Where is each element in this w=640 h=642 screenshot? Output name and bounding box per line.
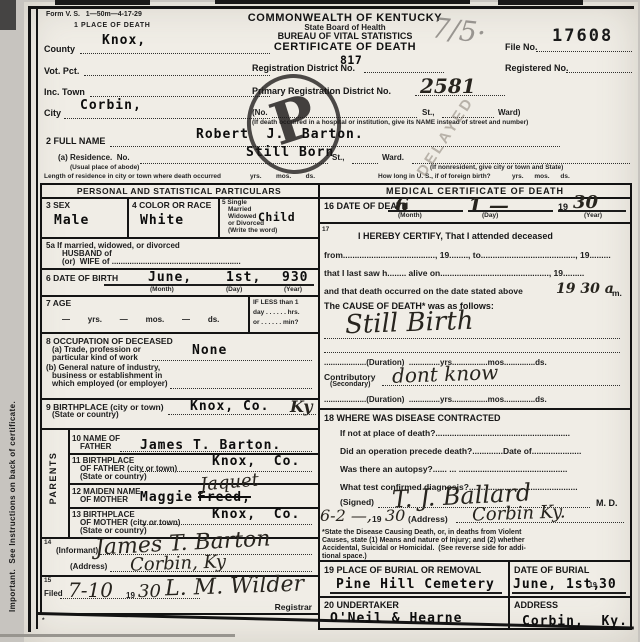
rule-line [319, 596, 630, 598]
length-residence-units: yrs. mos. ds. [250, 173, 315, 180]
marital-option-single: 5 Single [222, 199, 247, 206]
if-less-1: IF LESS than 1 [253, 299, 299, 306]
dotted-line [120, 450, 312, 452]
scan-artifact [0, 634, 235, 637]
certify-number: 17 [322, 226, 329, 233]
dotted-line [324, 337, 620, 339]
rule-line [104, 283, 314, 286]
registration-district-label: Registration District No. [252, 63, 355, 73]
file-no-value: 17608 [552, 26, 613, 46]
marital-value: Child [258, 210, 295, 224]
informant-label: (Informant) [56, 546, 98, 555]
question-not-at-place: If not at place of death?...............… [340, 428, 570, 438]
undertaker-address-value: Corbin, Ky. [522, 614, 628, 629]
rule-line [319, 408, 630, 410]
footnote-line-3: Accidental, Suicidal or Homicidal. (See … [322, 545, 526, 552]
burial-place-label: 19 PLACE OF BURIAL OR REMOVAL [324, 565, 481, 575]
scan-artifact [215, 0, 470, 4]
top-rule [28, 6, 634, 9]
certify-saw-line: that I last saw h........ alive on......… [324, 268, 584, 278]
cell-divider [127, 197, 129, 237]
abode-note: (Usual place of abode) [70, 164, 139, 171]
registrar-label: Registrar [200, 602, 312, 612]
father-birthplace-label-3: (State or country) [80, 472, 147, 481]
footnote-line-2: Causes, state (1) Means and nature of In… [322, 537, 525, 544]
question-operation: Did an operation precede death?.........… [340, 446, 581, 456]
age-line: — yrs. — mos. — ds. [62, 315, 219, 324]
month-sublabel: (Month) [398, 212, 422, 219]
father-name-label-2: FATHER [80, 442, 111, 451]
dotted-line [566, 71, 632, 73]
month-sublabel: (Month) [150, 286, 174, 293]
mother-birthplace-value: Knox, Co. [212, 507, 300, 522]
filed-number: 15 [44, 577, 51, 584]
informant-number: 14 [44, 539, 51, 546]
personal-section-title: PERSONAL AND STATISTICAL PARTICULARS [42, 186, 316, 196]
county-label: County [44, 44, 75, 54]
nonresident-note: (If nonresident, give city or town and S… [430, 164, 563, 171]
dotted-line [142, 523, 312, 525]
certify-from-line: from....................................… [324, 250, 611, 260]
rule-line [330, 591, 502, 594]
marital-write-note: (Write the word) [228, 227, 277, 234]
certify-text: I HEREBY CERTIFY, That I attended deceas… [358, 231, 553, 241]
left-rule-inner [36, 9, 38, 629]
certificate-title: CERTIFICATE OF DEATH [225, 41, 465, 53]
where-contracted-label: 18 WHERE WAS DISEASE CONTRACTED [324, 413, 501, 423]
street-ward-label: Ward) [498, 108, 520, 117]
day-sublabel: (Day) [226, 286, 242, 293]
burial-place-value: Pine Hill Cemetery [336, 577, 495, 592]
marital-option-married: Married [228, 206, 251, 213]
informant-address-value: Corbin, Ky [130, 551, 227, 575]
race-label: 4 COLOR OR RACE [132, 200, 211, 210]
rule-line [41, 197, 318, 199]
footnote-line-1: *State the Disease Causing Death, or, in… [322, 529, 521, 536]
residence-label: (a) Residence. No. [58, 153, 130, 162]
how-long-us-label: How long in U. S., if of foreign birth? [378, 173, 491, 180]
dotted-line [382, 384, 620, 386]
occupation-b3: which employed (or employer) [52, 379, 168, 388]
inc-town-label: Inc. Town [44, 87, 85, 97]
year-sublabel: (Year) [284, 286, 302, 293]
residence-ward-label: Ward. [382, 153, 404, 162]
birthplace-value: Knox, Co. [190, 399, 269, 414]
signed-year-prefix: 19 [372, 514, 381, 524]
cell-divider [218, 197, 220, 237]
mother-name-value: Maggie [140, 490, 193, 505]
pencil-mark: 7/5· [430, 11, 487, 49]
secondary-sublabel: (Secondary) [330, 381, 370, 388]
left-rule-outer [28, 6, 31, 632]
birthplace-sublabel: (State or country) [52, 410, 119, 419]
sex-value: Male [54, 213, 89, 228]
dotted-line [352, 162, 378, 164]
signed-year-hand: 30 [385, 506, 405, 525]
footnote-line-4: tional space.) [322, 553, 367, 560]
sex-label: 3 SEX [46, 200, 70, 210]
footnote-asterisk: * [42, 617, 45, 624]
signed-date-hand: 6-2 —, [320, 506, 372, 525]
if-less-2: day . . . . . . hrs. [253, 309, 300, 316]
duration-line-2: ...................(Duration) ..........… [324, 395, 547, 404]
city-value: Corbin, [80, 98, 142, 113]
dotted-line [168, 413, 316, 415]
scan-artifact [0, 0, 16, 30]
mother-name-label-2: OF MOTHER [80, 495, 128, 504]
vot-pct-label: Vot. Pct. [44, 66, 79, 76]
cause-of-death-value: Still Birth [345, 306, 474, 340]
undertaker-label: 20 UNDERTAKER [324, 600, 399, 610]
md-label: M. D. [596, 498, 618, 508]
informant-address-label: (Address) [70, 562, 107, 571]
race-value: White [140, 213, 184, 228]
age-label: 7 AGE [46, 298, 71, 308]
place-of-death-label: 1 PLACE OF DEATH [74, 22, 150, 29]
county-value: Knox, [102, 33, 146, 48]
scan-artifact [498, 0, 583, 5]
cell-divider [508, 560, 510, 628]
certify-death-line: and that death occurred on the date stat… [324, 286, 523, 296]
occupation-value: None [192, 343, 227, 358]
street-st-label: St., [422, 108, 434, 117]
scanned-death-certificate: Form V. S. 1—50m—4-17-29 1 PLACE OF DEAT… [0, 0, 640, 642]
question-autopsy: Was there an autopsy?...... ... ........… [340, 464, 567, 474]
dotted-line [170, 387, 312, 389]
rule-line [512, 591, 626, 594]
margin-instructions-note: Important. See Instructions on back of c… [8, 172, 17, 612]
day-sublabel: (Day) [482, 212, 498, 219]
burial-year-prefix: 19 [589, 582, 597, 589]
rule-line [41, 332, 318, 334]
dotted-line [84, 74, 270, 76]
death-time-hand: 19 30 a [556, 281, 614, 297]
rule-line [468, 209, 553, 212]
dotted-line [60, 597, 200, 599]
cell-divider [248, 295, 250, 332]
burial-date-label: DATE OF BURIAL [514, 565, 589, 575]
dotted-line [324, 351, 620, 353]
form-number: Form V. S. 1—50m—4-17-29 [46, 11, 142, 18]
rule-line [41, 398, 318, 400]
death-time-suffix: m. [612, 288, 622, 298]
marital-option-widowed: Widowed [228, 213, 256, 220]
undertaker-address-label: ADDRESS [514, 600, 558, 610]
how-long-us-units: yrs. mos. ds. [512, 173, 570, 180]
city-label: City [44, 108, 61, 118]
dotted-line [415, 94, 505, 96]
rule-line [41, 295, 318, 297]
rule-line [319, 560, 630, 562]
rule-line [319, 222, 630, 224]
file-no-label: File No. [505, 42, 538, 52]
parents-vertical-label: PARENTS [48, 434, 58, 522]
rule-line [41, 237, 318, 239]
dotted-line [90, 95, 270, 97]
if-less-3: or . . . . . . min? [253, 319, 299, 326]
signed-address-label: (Address) [408, 514, 448, 524]
dotted-line [364, 71, 444, 73]
dob-label: 6 DATE OF BIRTH [46, 273, 118, 283]
dotted-line [64, 117, 270, 119]
length-residence-label: Length of residence in city or town wher… [44, 173, 221, 180]
dotted-line [152, 359, 312, 361]
burial-year-value: 30 [599, 577, 617, 592]
occupation-a2: particular kind of work [52, 353, 138, 362]
registered-no-label: Registered No. [505, 63, 569, 73]
undertaker-value: O'Neil & Hearne [330, 611, 462, 626]
dotted-line [536, 50, 632, 52]
rule-line [68, 483, 318, 485]
full-name-label: 2 FULL NAME [46, 136, 105, 146]
married-note-3: (or) WIFE of ...........................… [62, 257, 241, 266]
scan-artifact [55, 0, 150, 5]
year-sublabel: (Year) [584, 212, 602, 219]
residence-st-label: St., [332, 153, 344, 162]
dotted-line [456, 521, 624, 523]
rule-line [41, 428, 318, 430]
bureau-subtitle: BUREAU OF VITAL STATISTICS [225, 31, 465, 41]
father-birthplace-value: Knox, Co. [212, 454, 300, 469]
